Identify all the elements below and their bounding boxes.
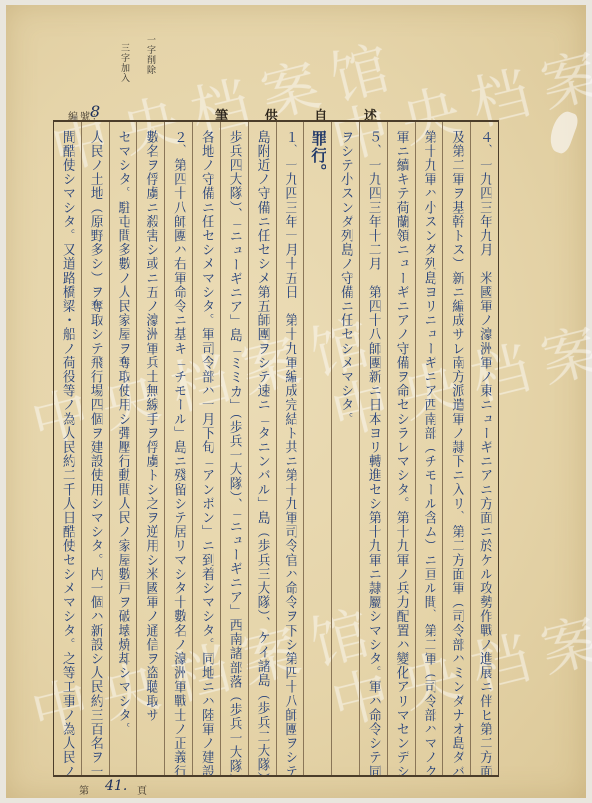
page-number: 41. [105, 778, 127, 794]
manuscript-column: ５、一九四三年十二月 第四十八師團新ニ日本ヨリ轉進セシ第十九軍ニ隷屬シマシタ。軍… [359, 122, 387, 775]
page-prefix: 第 [79, 782, 89, 797]
column-text: 間酷使シマシタ。又道路橋梁・船ノ荷役等ノ為人民約二千人日酷使セシメマシタ。之等工… [61, 130, 74, 775]
manuscript-column: 島附近ノ守備ニ任セシメ第五師團ヲシテ速ニ「タニンバル」島（歩兵三大隊）、ケイ諸島… [248, 122, 276, 775]
column-text: ４、一九四三年九月 米國軍ノ濠洲軍ノ東ニューギニアニ方面ニ於ケル攻勢作戰ノ進展ニ… [478, 130, 491, 775]
manuscript-column: 歩兵四大隊）、「ニューギニア」島「ミミカ」（歩兵一大隊）、「ニューギニア」西南諸… [220, 122, 248, 775]
manuscript-column: ４、一九四三年九月 米國軍ノ濠洲軍ノ東ニューギニアニ方面ニ於ケル攻勢作戰ノ進展ニ… [470, 122, 498, 775]
column-text: ２、第四十八師團ハ右軍命令ニ基キ「チモール」島ニ殘留シテ居リマシタ十數名ノ濠洲軍… [172, 130, 185, 775]
manuscript-column: 人民ノ土地（原野多シ）ヲ奪取シテ飛行場四個ヲ建設使用シマシタ。内一個ハ新設シ人民… [81, 122, 109, 775]
manuscript-column: 各地ノ守備ニ任セシメマシタ。軍司令部ハ一月下旬「アンボン」ニ到着シマシタ。同地ニ… [192, 122, 220, 775]
manuscript-column: 數名ヲ俘虜ニ殺害シ或ニ五ノ濠洲軍兵士無線手ヲ俘虜トシ之ヲ逆用シ米國軍ノ通信ヲ盗聴… [136, 122, 164, 775]
manuscript-column: セマシタ。駐屯間多數ノ人民家屋ヲ奪取使用シ彈壓行動間人民ノ家屋數戸ヲ破壊焼却シマ… [109, 122, 137, 775]
column-text: 人民ノ土地（原野多シ）ヲ奪取シテ飛行場四個ヲ建設使用シマシタ。内一個ハ新設シ人民… [89, 130, 102, 775]
column-text: 各地ノ守備ニ任セシメマシタ。軍司令部ハ一月下旬「アンボン」ニ到着シマシタ。同地ニ… [200, 130, 213, 775]
column-text: 第十九軍ハ小スンダ列島ヨリニューギニア西南部（チモール含ム）ニ亘ル間、第二軍（司… [422, 130, 435, 775]
column-text: ５、一九四三年十二月 第四十八師團新ニ日本ヨリ轉進セシ第十九軍ニ隷屬シマシタ。軍… [367, 130, 380, 775]
column-text: 數名ヲ俘虜ニ殺害シ或ニ五ノ濠洲軍兵士無線手ヲ俘虜トシ之ヲ逆用シ米國軍ノ通信ヲ盗聴… [144, 130, 157, 775]
column-text: セマシタ。駐屯間多數ノ人民家屋ヲ奪取使用シ彈壓行動間人民ノ家屋數戸ヲ破壊焼却シマ… [116, 130, 129, 775]
manuscript-column: ２、第四十八師團ハ右軍命令ニ基キ「チモール」島ニ殘留シテ居リマシタ十數名ノ濠洲軍… [164, 122, 192, 775]
page-suffix: 頁 [137, 782, 147, 797]
manuscript-column: 間酷使シマシタ。又道路橋梁・船ノ荷役等ノ為人民約二千人日酷使セシメマシタ。之等工… [54, 122, 81, 775]
column-text: 軍ニ續キテ荷蘭領ニューギニアノ守備ヲ命セシラレマシタ。第十九軍ノ兵力配置ハ變化ア… [394, 130, 407, 775]
manuscript-column: 軍ニ續キテ荷蘭領ニューギニアノ守備ヲ命セシラレマシタ。第十九軍ノ兵力配置ハ變化ア… [387, 122, 415, 775]
page-footer: 第 41. 頁 [6, 778, 586, 800]
manuscript-column: 及第二軍ヲ基幹トス）新ニ編成サレ南方派遣軍ノ隷下ニ入リ、第二方面軍（司令部ハミン… [442, 122, 470, 775]
section-heading: 罪行。 [310, 130, 326, 775]
column-text: 歩兵四大隊）、「ニューギニア」島「ミミカ」（歩兵一大隊）、「ニューギニア」西南諸… [228, 130, 241, 775]
column-text: 及第二軍ヲ基幹トス）新ニ編成サレ南方派遣軍ノ隷下ニ入リ、第二方面軍（司令部ハミン… [450, 130, 463, 775]
column-text: 島附近ノ守備ニ任セシメ第五師團ヲシテ速ニ「タニンバル」島（歩兵三大隊）、ケイ諸島… [255, 130, 268, 775]
manuscript-column: １、一九四三年一月十五日 第十九軍編成完結ト共ニ第十九軍司令官ハ命令ヲ下シ第四十… [276, 122, 304, 775]
manuscript-column: 罪行。 [303, 122, 331, 775]
margin-note-deletion: 一字削除 [144, 35, 157, 75]
manuscript-grid: ４、一九四三年九月 米國軍ノ濠洲軍ノ東ニューギニアニ方面ニ於ケル攻勢作戰ノ進展ニ… [53, 120, 499, 777]
document-page: 中央档案馆 中央档案馆 中央档案馆 中央档案馆 中央档案馆 中央档案馆 一字削除… [6, 5, 586, 798]
manuscript-column: 第十九軍ハ小スンダ列島ヨリニューギニア西南部（チモール含ム）ニ亘ル間、第二軍（司… [415, 122, 443, 775]
column-text: ヲシテ小スンダ列島ノ守備ニ任セシメマシタ。 [339, 130, 352, 775]
column-text: １、一九四三年一月十五日 第十九軍編成完結ト共ニ第十九軍司令官ハ命令ヲ下シ第四十… [283, 130, 296, 775]
margin-note-insertion: 三字加入 [118, 43, 131, 83]
manuscript-column: ヲシテ小スンダ列島ノ守備ニ任セシメマシタ。 [331, 122, 359, 775]
